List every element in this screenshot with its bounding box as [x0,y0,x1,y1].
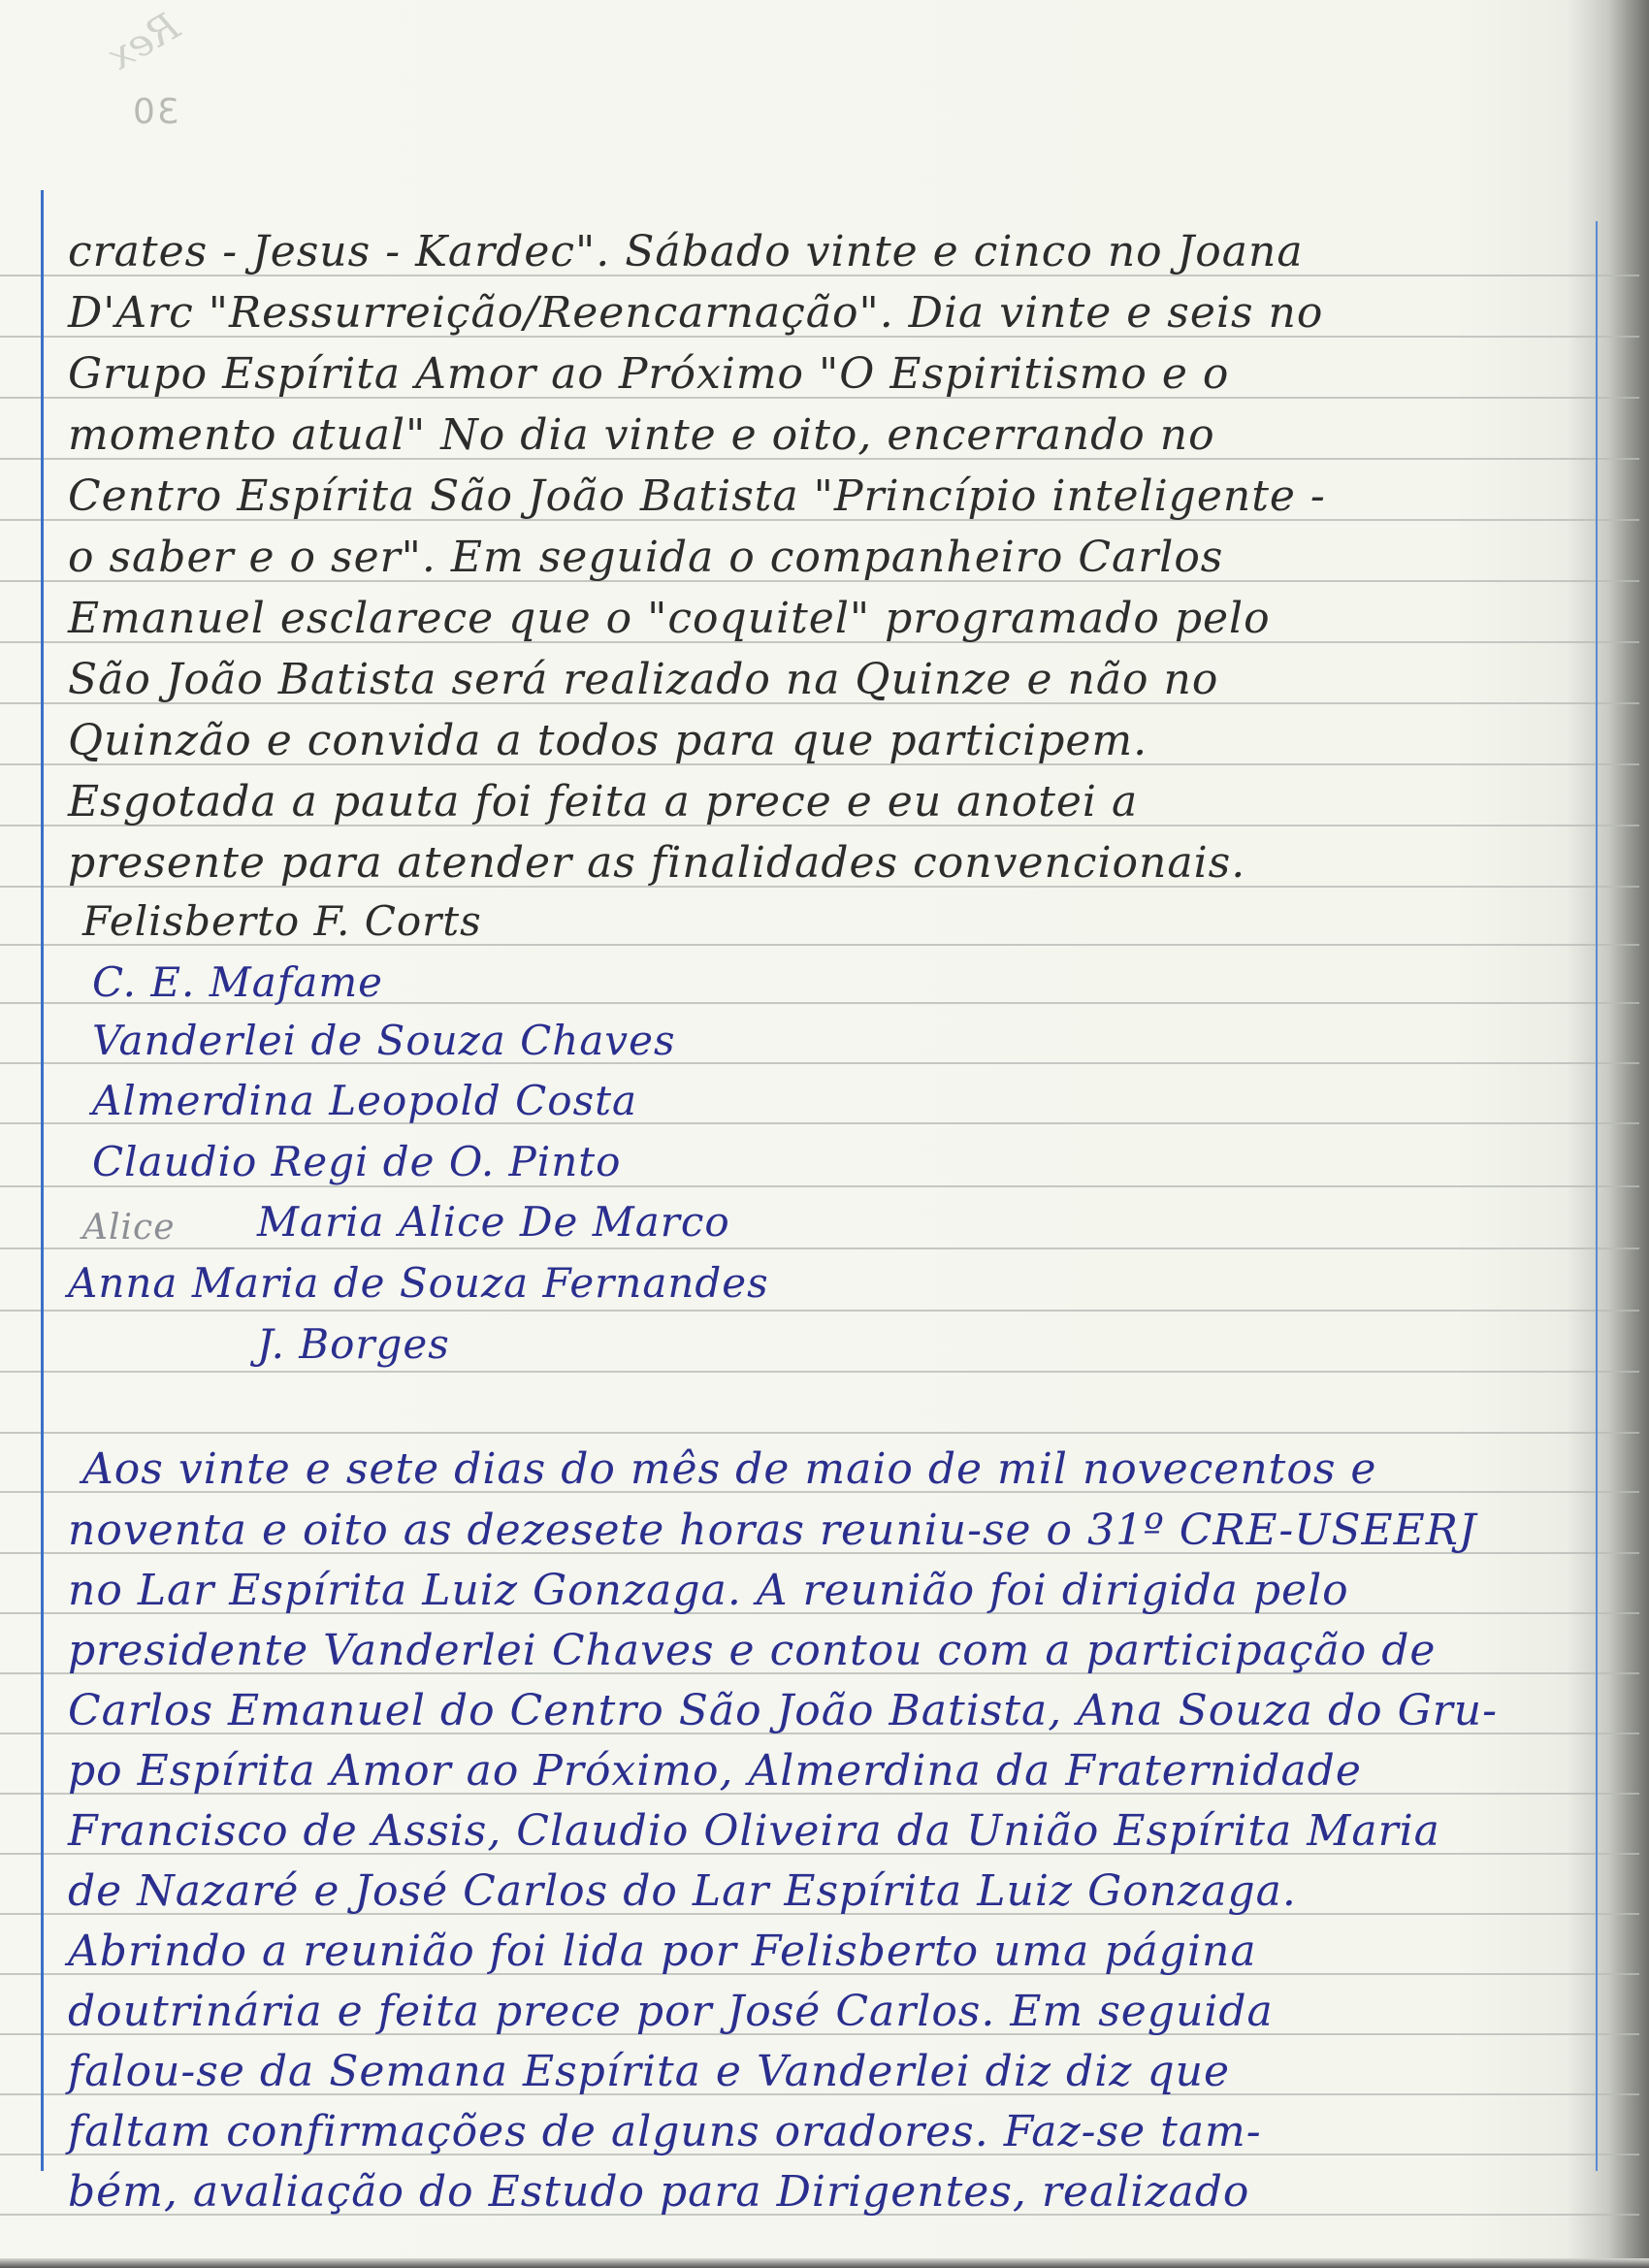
signature: C. E. Mafame [92,956,383,1010]
text-line: presidente Vanderlei Chaves e contou com… [68,1624,1436,1678]
text-line: po Espírita Amor ao Próximo, Almerdina d… [68,1744,1362,1798]
text-line: Esgotada a pauta foi feita a prece e eu … [68,775,1138,829]
text-line: doutrinária e feita prece por José Carlo… [68,1985,1274,2039]
text-line: São João Batista será realizado na Quinz… [68,653,1218,707]
text-line: Quinzão e convida a todos para que parti… [68,714,1148,768]
text-line: crates - Jesus - Kardec". Sábado vinte e… [68,225,1304,279]
text-line: falou-se da Semana Espírita e Vanderlei … [68,2045,1230,2099]
signature: Felisberto F. Corts [82,894,482,949]
text-line: Emanuel esclarece que o "coquitel" progr… [68,592,1271,646]
rule-line [0,1247,1639,1249]
text-line: faltam confirmações de alguns oradores. … [68,2105,1262,2159]
text-line: bém, avaliação do Estudo para Dirigentes… [68,2165,1249,2219]
corner-mark: Rex [101,4,187,80]
text-line: Grupo Espírita Amor ao Próximo "O Espiri… [68,347,1229,402]
text-line: noventa e oito as dezesete horas reuniu-… [68,1504,1477,1558]
text-line: de Nazaré e José Carlos do Lar Espírita … [68,1864,1297,1919]
notebook-page: Rex 30 crates - Jesus - Kardec". Sábado … [0,0,1649,2268]
text-line: Centro Espírita São João Batista "Princí… [68,470,1326,524]
page-bottom-shadow [0,2258,1649,2268]
page-number: 30 [131,92,179,132]
right-margin-line [1596,221,1598,2171]
text-line: no Lar Espírita Luiz Gonzaga. A reunião … [68,1564,1349,1618]
rule-line [0,1432,1639,1434]
text-line: o saber e o ser". Em seguida o companhei… [68,531,1223,585]
text-line: Francisco de Assis, Claudio Oliveira da … [68,1804,1440,1859]
text-line: Abrindo a reunião foi lida por Felisbert… [68,1925,1257,1979]
signature: Claudio Regi de O. Pinto [92,1135,621,1189]
rule-line [0,1371,1639,1373]
left-margin-line [41,190,44,2171]
signature: Almerdina Leopold Costa [92,1074,637,1128]
text-line: Aos vinte e sete dias do mês de maio de … [82,1442,1376,1497]
text-line: D'Arc "Ressurreição/Reencarnação". Dia v… [68,286,1323,340]
signature-prefix: Alice [82,1201,176,1255]
text-line: Carlos Emanuel do Centro São João Batist… [68,1684,1498,1738]
signature: Anna Maria de Souza Fernandes [68,1256,769,1311]
signature: Maria Alice De Marco [257,1195,730,1249]
text-line: momento atual" No dia vinte e oito, ence… [68,408,1215,463]
signature: Vanderlei de Souza Chaves [92,1014,676,1068]
signature: J. Borges [257,1317,450,1372]
text-line: presente para atender as finalidades con… [68,836,1245,891]
